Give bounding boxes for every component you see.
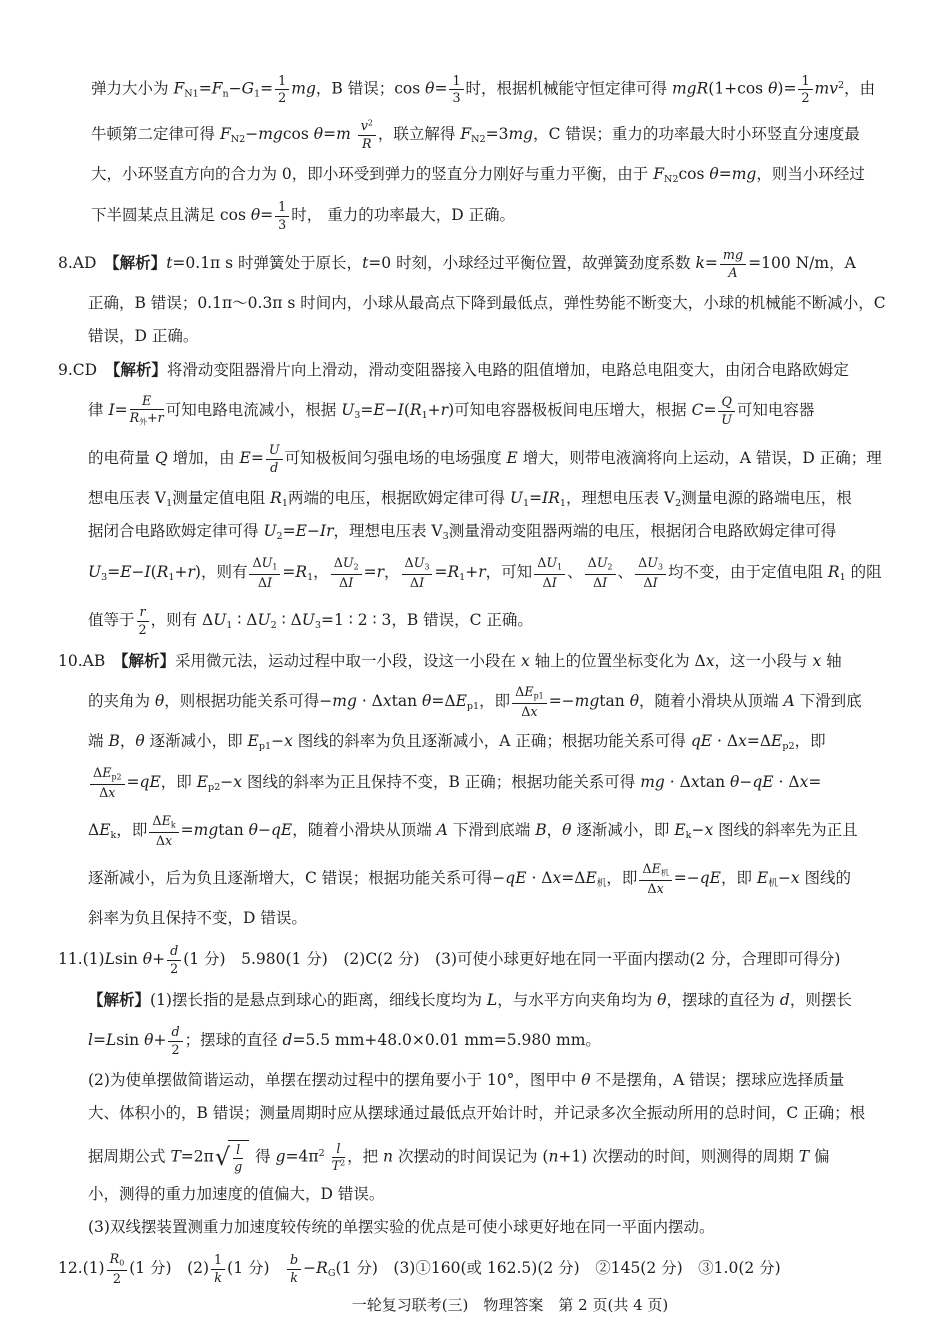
math-variable: k bbox=[696, 254, 705, 272]
math-variable: F bbox=[173, 79, 184, 97]
subscript: 1 bbox=[226, 620, 232, 631]
math-variable: U bbox=[647, 555, 658, 570]
subscript: 1 bbox=[254, 88, 260, 99]
fraction-numerator: Q bbox=[718, 395, 734, 411]
subscript: k bbox=[171, 821, 176, 830]
fraction-numerator: ΔE机 bbox=[639, 862, 671, 880]
fraction-denominator: Δx bbox=[639, 881, 671, 896]
math-variable: F bbox=[653, 165, 664, 183]
math-variable: U bbox=[262, 555, 273, 570]
subscript: 1 bbox=[557, 563, 562, 572]
math-variable: T bbox=[170, 1147, 180, 1165]
fraction: bk bbox=[287, 1253, 301, 1284]
fraction: ΔEp2Δx bbox=[90, 766, 125, 800]
math-variable: U bbox=[343, 555, 354, 570]
math-variable: θ bbox=[422, 692, 431, 710]
fraction-denominator: Δx bbox=[90, 785, 125, 800]
fraction-numerator: d bbox=[168, 1025, 182, 1041]
answer-line: 斜率为负且保持不变，D 错误。 bbox=[0, 902, 950, 935]
subscript: G bbox=[328, 1268, 336, 1279]
subscript: 机 bbox=[597, 878, 607, 889]
math-variable: Q bbox=[155, 449, 168, 467]
fraction: d2 bbox=[168, 1025, 182, 1056]
superscript: 2 bbox=[319, 1148, 325, 1159]
fraction-denominator: R外+r bbox=[130, 410, 164, 427]
math-variable: R bbox=[110, 1251, 120, 1266]
math-variable: mg bbox=[332, 692, 357, 710]
math-variable: b bbox=[290, 1252, 298, 1267]
math-variable: L bbox=[106, 1031, 116, 1049]
radicand: lg bbox=[228, 1140, 249, 1174]
math-variable: θ bbox=[144, 1031, 153, 1049]
math-variable: θ bbox=[730, 773, 739, 791]
fraction: QU bbox=[718, 395, 734, 426]
math-variable: x bbox=[812, 652, 821, 670]
subscript: 3 bbox=[354, 410, 360, 421]
answer-line: 【解析】(1)摆长指的是悬点到球心的距离，细线长度均为 L，与水平方向夹角均为 … bbox=[0, 983, 950, 1016]
fraction-denominator: T2 bbox=[332, 1158, 346, 1173]
subscript: N2 bbox=[664, 174, 679, 185]
fraction-numerator: ΔU2 bbox=[585, 556, 616, 574]
math-variable: E bbox=[240, 449, 251, 467]
math-variable: r bbox=[187, 563, 194, 581]
subscript: 机 bbox=[768, 878, 778, 889]
subscript: 1 bbox=[523, 498, 529, 509]
math-variable: E bbox=[162, 813, 171, 828]
math-variable: mg bbox=[732, 165, 757, 183]
math-variable: l bbox=[236, 1142, 240, 1157]
math-variable: U bbox=[269, 442, 280, 457]
math-variable: U bbox=[597, 555, 608, 570]
fraction-numerator: 1 bbox=[798, 74, 812, 90]
fraction: ΔU3ΔI bbox=[402, 556, 433, 590]
math-variable: t bbox=[166, 254, 172, 272]
subscript: 0 bbox=[119, 1259, 124, 1268]
subscript: 3 bbox=[443, 531, 449, 542]
subscript: N2 bbox=[471, 134, 486, 145]
math-variable: g bbox=[276, 1147, 286, 1165]
fraction-denominator: ΔI bbox=[534, 575, 565, 590]
math-variable: θ bbox=[562, 821, 571, 839]
subscript: 1 bbox=[422, 410, 428, 421]
fraction-numerator: U bbox=[266, 443, 283, 459]
subscript: p2 bbox=[111, 773, 121, 782]
math-variable: θ bbox=[314, 125, 323, 143]
fraction-numerator: mg bbox=[720, 248, 746, 264]
math-variable: E bbox=[248, 732, 259, 750]
fraction: ER外+r bbox=[130, 394, 164, 428]
math-variable: r bbox=[140, 604, 146, 619]
fraction-denominator: 2 bbox=[168, 1042, 182, 1057]
math-variable: E bbox=[771, 732, 782, 750]
math-variable: R bbox=[316, 1259, 328, 1277]
math-variable: E bbox=[456, 692, 467, 710]
math-variable: A bbox=[783, 692, 794, 710]
subscript: 外 bbox=[139, 418, 147, 427]
answer-line: 律 I=ER外+r可知电路电流减小，根据 U3=E−I(R1+r)可知电容器极板… bbox=[0, 386, 950, 434]
math-variable: x bbox=[521, 652, 530, 670]
math-variable: k bbox=[214, 1270, 222, 1285]
fraction-numerator: ΔU1 bbox=[249, 556, 280, 574]
fraction-denominator: U bbox=[718, 412, 734, 427]
math-variable: qE bbox=[691, 732, 712, 750]
math-variable: E bbox=[585, 869, 596, 887]
fraction-numerator: v2 bbox=[358, 119, 376, 135]
fraction-denominator: 3 bbox=[449, 90, 463, 105]
fraction: 12 bbox=[798, 74, 812, 105]
math-variable: I bbox=[145, 563, 151, 581]
math-variable: E bbox=[197, 773, 208, 791]
math-variable: R bbox=[295, 563, 307, 581]
math-variable: I bbox=[348, 575, 353, 590]
math-variable: mgR bbox=[672, 79, 708, 97]
subscript: 1 bbox=[560, 498, 566, 509]
math-variable: T bbox=[332, 1158, 340, 1173]
subscript: N2 bbox=[231, 134, 246, 145]
fraction-numerator: ΔU2 bbox=[331, 556, 362, 574]
math-variable: x bbox=[738, 732, 747, 750]
fraction-numerator: ΔU1 bbox=[534, 556, 565, 574]
math-variable: l bbox=[336, 1141, 340, 1156]
math-variable: R bbox=[270, 489, 282, 507]
fraction-denominator: d bbox=[266, 460, 283, 475]
math-variable: E bbox=[120, 563, 131, 581]
fraction-denominator: 2 bbox=[107, 1271, 128, 1286]
math-variable: mg bbox=[194, 821, 219, 839]
math-variable: U bbox=[721, 412, 732, 427]
answer-line: 8.AD 【解析】t=0.1π s 时弹簧处于原长，t=0 时刻，小球经过平衡位… bbox=[0, 239, 950, 287]
math-variable: r bbox=[478, 563, 485, 581]
math-variable: E bbox=[757, 869, 768, 887]
fraction-numerator: ΔU3 bbox=[635, 556, 666, 574]
bold-text: 【解析】 bbox=[112, 253, 166, 272]
fraction-numerator: ΔEp1 bbox=[512, 685, 547, 703]
fraction-numerator: r bbox=[137, 605, 149, 621]
answer-line: 想电压表 V1测量定值电阻 R1两端的电压，根据欧姆定律可得 U1=IR1，理想… bbox=[0, 482, 950, 515]
fraction-denominator: 3 bbox=[275, 217, 289, 232]
answer-lines: 弹力大小为 FN1=Fn−G1=12mg，B 错误；cos θ=13时，根据机械… bbox=[0, 62, 950, 1292]
math-variable: qE bbox=[505, 869, 526, 887]
math-variable: x bbox=[284, 732, 293, 750]
answer-line: (2)为使单摆做简谐运动，单摆在摆动过程中的摆角要小于 10°，图甲中 θ 不是… bbox=[0, 1064, 950, 1097]
math-variable: U bbox=[510, 489, 523, 507]
fraction: ΔEkΔx bbox=[149, 814, 178, 848]
fraction: R02 bbox=[107, 1252, 128, 1286]
subscript: p2 bbox=[208, 782, 220, 793]
fraction-numerator: d bbox=[167, 944, 181, 960]
answer-line: 错误，D 正确。 bbox=[0, 320, 950, 353]
math-variable: U bbox=[414, 555, 425, 570]
superscript: 2 bbox=[368, 119, 373, 128]
fraction: ΔU2ΔI bbox=[585, 556, 616, 590]
math-variable: Q bbox=[721, 394, 731, 409]
answer-line: 牛顿第二定律可得 FN2−mgcos θ=m v2R，联立解得 FN2=3mg，… bbox=[0, 110, 950, 158]
answer-line: 的夹角为 θ，则根据功能关系可得−mg · Δxtan θ=ΔEp1，即ΔEp1… bbox=[0, 677, 950, 725]
fraction-denominator: k bbox=[287, 1270, 301, 1285]
fraction-denominator: 2 bbox=[798, 90, 812, 105]
math-variable: d bbox=[270, 460, 278, 475]
math-variable: θ bbox=[425, 79, 434, 97]
fraction-denominator: Δx bbox=[149, 833, 178, 848]
answer-line: 下半圆某点且满足 cos θ=13时， 重力的功率最大，D 正确。 bbox=[0, 191, 950, 239]
subscript: p1 bbox=[259, 741, 271, 752]
math-variable: qE bbox=[752, 773, 773, 791]
square-root: √lg bbox=[215, 1140, 249, 1174]
math-variable: r bbox=[158, 410, 164, 425]
answer-line: 据闭合电路欧姆定律可得 U2=E−Ir，理想电压表 V3测量滑动变阻器两端的电压… bbox=[0, 515, 950, 548]
subscript: p1 bbox=[534, 692, 544, 701]
math-variable: θ bbox=[155, 692, 164, 710]
fraction: ΔU1ΔI bbox=[249, 556, 280, 590]
subscript: 3 bbox=[424, 563, 429, 572]
math-variable: t bbox=[362, 254, 368, 272]
math-variable: d bbox=[780, 991, 790, 1009]
subscript: 2 bbox=[608, 563, 613, 572]
fraction-numerator: 1 bbox=[275, 200, 289, 216]
math-variable: g bbox=[234, 1159, 242, 1174]
subscript: 1 bbox=[272, 563, 277, 572]
subscript: 3 bbox=[658, 563, 663, 572]
fraction-denominator: k bbox=[211, 1270, 225, 1285]
answer-line: 据周期公式 T=2π√lg 得 g=4π2 lT2，把 n 次摆动的时间误记为 … bbox=[0, 1130, 950, 1178]
fraction-denominator: A bbox=[720, 265, 746, 280]
math-variable: U bbox=[341, 401, 354, 419]
superscript: 2 bbox=[838, 80, 844, 91]
fraction-denominator: R bbox=[358, 136, 376, 151]
subscript: 3 bbox=[315, 620, 321, 631]
math-variable: F bbox=[460, 125, 471, 143]
answer-line: 正确，B 错误；0.1π～0.3π s 时间内，小球从最高点下降到最低点，弹性势… bbox=[0, 287, 950, 320]
math-variable: θ bbox=[143, 950, 152, 968]
math-variable: E bbox=[142, 393, 151, 408]
math-variable: n bbox=[383, 1147, 393, 1165]
math-variable: m bbox=[336, 125, 351, 143]
subscript: 2 bbox=[675, 498, 681, 509]
subscript: n bbox=[222, 88, 228, 99]
fraction-numerator: b bbox=[287, 1253, 301, 1269]
answer-line: U3=E−I(R1+r)，则有ΔU1ΔI=R1，ΔU2ΔI=r，ΔU3ΔI=R1… bbox=[0, 548, 950, 596]
fraction-denominator: 2 bbox=[275, 90, 289, 105]
fraction: 13 bbox=[449, 74, 463, 105]
fraction: Ud bbox=[266, 443, 283, 474]
fraction-numerator: l bbox=[233, 1143, 243, 1159]
math-variable: θ bbox=[768, 79, 777, 97]
math-variable: qE bbox=[271, 821, 292, 839]
fraction-numerator: 1 bbox=[211, 1253, 225, 1269]
fraction: ΔE机Δx bbox=[639, 862, 671, 896]
subscript: 3 bbox=[101, 572, 107, 583]
fraction-denominator: 2 bbox=[167, 961, 181, 976]
math-variable: I bbox=[602, 575, 607, 590]
math-variable: R bbox=[410, 401, 422, 419]
fraction: 12 bbox=[275, 74, 289, 105]
fraction-denominator: ΔI bbox=[585, 575, 616, 590]
math-variable: k bbox=[290, 1270, 298, 1285]
math-variable: n bbox=[548, 1147, 558, 1165]
fraction: mgA bbox=[720, 248, 746, 279]
math-variable: x bbox=[530, 704, 537, 719]
subscript: k bbox=[686, 830, 692, 841]
subscript: 2 bbox=[277, 531, 283, 542]
math-variable: E bbox=[524, 684, 533, 699]
math-variable: mg bbox=[291, 79, 316, 97]
fraction-denominator: g bbox=[233, 1159, 243, 1174]
math-variable: mg bbox=[258, 125, 283, 143]
math-variable: x bbox=[108, 785, 115, 800]
fraction: ΔU3ΔI bbox=[635, 556, 666, 590]
math-variable: θ bbox=[709, 165, 718, 183]
math-variable: Ir bbox=[320, 522, 334, 540]
bold-text: 【解析】 bbox=[113, 360, 167, 379]
answer-line: 值等于r2，则有 ΔU1 ∶ ΔU2 ∶ ΔU3=1 ∶ 2 ∶ 3，B 错误，… bbox=[0, 596, 950, 644]
answer-line: 弹力大小为 FN1=Fn−G1=12mg，B 错误；cos θ=13时，根据机械… bbox=[0, 62, 950, 110]
answer-line: 端 B，θ 逐渐减小，即 Ep1−x 图线的斜率为负且逐渐减小，A 正确；根据功… bbox=[0, 725, 950, 758]
fraction: 1k bbox=[211, 1253, 225, 1284]
answer-line: 小，测得的重力加速度的值偏大，D 错误。 bbox=[0, 1178, 950, 1211]
answer-line: ΔEk，即ΔEkΔx=mgtan θ−qE，随着小滑块从顶端 A 下滑到底端 B… bbox=[0, 806, 950, 854]
fraction: v2R bbox=[358, 119, 376, 150]
math-variable: qE bbox=[700, 869, 721, 887]
math-variable: l bbox=[88, 1031, 93, 1049]
subscript: 2 bbox=[271, 620, 277, 631]
math-variable: x bbox=[657, 881, 664, 896]
answer-line: ΔEp2Δx=qE，即 Ep2−x 图线的斜率为正且保持不变，B 正确；根据功能… bbox=[0, 758, 950, 806]
fraction-numerator: E bbox=[130, 394, 164, 410]
answer-line: 11.(1)Lsin θ+d2(1 分) 5.980(1 分) (2)C(2 分… bbox=[0, 935, 950, 983]
math-variable: x bbox=[791, 869, 800, 887]
fraction-numerator: 1 bbox=[449, 74, 463, 90]
page-footer: 一轮复习联考(三) 物理答案 第 2 页(共 4 页) bbox=[0, 1294, 950, 1316]
fraction-denominator: ΔI bbox=[635, 575, 666, 590]
fraction-numerator: R0 bbox=[107, 1252, 128, 1270]
fraction-denominator: Δx bbox=[512, 704, 547, 719]
math-variable: R bbox=[447, 563, 459, 581]
fraction-denominator: ΔI bbox=[402, 575, 433, 590]
math-variable: U bbox=[213, 611, 226, 629]
math-variable: I bbox=[419, 575, 424, 590]
math-variable: E bbox=[674, 821, 685, 839]
math-variable: U bbox=[263, 522, 276, 540]
fraction: ΔU1ΔI bbox=[534, 556, 565, 590]
answer-line: 的电荷量 Q 增加，由 E=Ud可知极板间匀强电场的电场强度 E 增大，则带电液… bbox=[0, 434, 950, 482]
math-variable: d bbox=[171, 1024, 179, 1039]
math-variable: U bbox=[258, 611, 271, 629]
math-variable: U bbox=[302, 611, 315, 629]
fraction-denominator: 2 bbox=[137, 622, 149, 637]
math-variable: C bbox=[692, 401, 704, 419]
fraction-numerator: ΔEk bbox=[149, 814, 178, 832]
math-variable: I bbox=[267, 575, 272, 590]
fraction-denominator: ΔI bbox=[331, 575, 362, 590]
math-variable: θ bbox=[135, 732, 144, 750]
math-variable: R bbox=[157, 563, 169, 581]
subscript: 1 bbox=[168, 572, 174, 583]
answer-line: 10.AB 【解析】采用微元法，运动过程中取一小段，设这一小段在 x 轴上的位置… bbox=[0, 644, 950, 677]
bold-text: 【解析】 bbox=[88, 990, 150, 1009]
math-variable: mv bbox=[815, 79, 838, 97]
math-variable: θ bbox=[249, 821, 258, 839]
answer-line: l=Lsin θ+d2；摆球的直径 d=5.5 mm+48.0×0.01 mm=… bbox=[0, 1016, 950, 1064]
math-variable: r bbox=[377, 563, 384, 581]
math-variable: E bbox=[507, 449, 518, 467]
math-variable: x bbox=[691, 773, 700, 791]
answer-sheet: 弹力大小为 FN1=Fn−G1=12mg，B 错误；cos θ=13时，根据机械… bbox=[0, 0, 950, 1316]
math-variable: d bbox=[170, 943, 178, 958]
math-variable: θ bbox=[251, 206, 260, 224]
math-variable: I bbox=[398, 401, 404, 419]
math-variable: x bbox=[553, 869, 562, 887]
math-variable: d bbox=[283, 1031, 293, 1049]
fraction: d2 bbox=[167, 944, 181, 975]
math-variable: E bbox=[99, 821, 110, 839]
fraction: lT2 bbox=[332, 1142, 346, 1173]
math-variable: θ bbox=[657, 991, 666, 1009]
fraction: 13 bbox=[275, 200, 289, 231]
math-variable: θ bbox=[630, 692, 639, 710]
math-variable: x bbox=[383, 692, 392, 710]
math-variable: x bbox=[233, 773, 242, 791]
answer-line: 12.(1)R02(1 分) (2)1k(1 分) bk−RG(1 分) (3)… bbox=[0, 1244, 950, 1292]
math-variable: mg bbox=[640, 773, 665, 791]
answer-line: (3)双线摆装置测重力加速度较传统的单摆实验的优点是可使小球更好地在同一平面内摆… bbox=[0, 1211, 950, 1244]
subscript: 1 bbox=[840, 572, 846, 583]
math-variable: U bbox=[88, 563, 101, 581]
math-variable: T bbox=[799, 1147, 809, 1165]
fraction: ΔEp1Δx bbox=[512, 685, 547, 719]
superscript: 2 bbox=[340, 1158, 345, 1167]
math-variable: mg bbox=[508, 125, 533, 143]
subscript: p2 bbox=[782, 741, 794, 752]
subscript: 1 bbox=[166, 498, 172, 509]
math-variable: r bbox=[441, 401, 448, 419]
math-variable: mg bbox=[723, 247, 743, 262]
fraction-numerator: 1 bbox=[275, 74, 289, 90]
answer-line: 大、体积小的，B 错误；测量周期时应从摆球通过最低点开始计时，并记录多次全振动所… bbox=[0, 1097, 950, 1130]
bold-text: 【解析】 bbox=[121, 651, 175, 670]
subscript: 1 bbox=[307, 572, 313, 583]
fraction-denominator: ΔI bbox=[249, 575, 280, 590]
math-variable: x bbox=[800, 773, 809, 791]
answer-line: 逐渐减小，后为负且逐渐增大，C 错误；根据功能关系可得−qE · Δx=ΔE机，… bbox=[0, 854, 950, 902]
math-variable: x bbox=[705, 821, 714, 839]
math-variable: qE bbox=[140, 773, 161, 791]
subscript: N1 bbox=[184, 88, 199, 99]
math-variable: E bbox=[373, 401, 384, 419]
math-variable: A bbox=[728, 265, 737, 280]
fraction: r2 bbox=[137, 605, 149, 636]
answer-line: 大，小环竖直方向的合力为 0，即小环受到弹力的竖直分力刚好与重力平衡，由于 FN… bbox=[0, 158, 950, 191]
math-variable: R bbox=[130, 410, 140, 425]
fraction: ΔU2ΔI bbox=[331, 556, 362, 590]
math-variable: E bbox=[296, 522, 307, 540]
math-variable: I bbox=[653, 575, 658, 590]
math-variable: x bbox=[165, 833, 172, 848]
fraction-numerator: l bbox=[332, 1142, 346, 1158]
math-variable: v bbox=[361, 118, 368, 133]
subscript: k bbox=[111, 830, 117, 841]
math-variable: L bbox=[105, 950, 115, 968]
subscript: p1 bbox=[467, 701, 479, 712]
math-variable: I bbox=[552, 575, 557, 590]
math-variable: I bbox=[108, 401, 114, 419]
math-variable: R bbox=[362, 136, 372, 151]
subscript: 机 bbox=[661, 869, 669, 878]
math-variable: θ bbox=[581, 1071, 590, 1089]
math-variable: E bbox=[652, 861, 661, 876]
subscript: 1 bbox=[282, 498, 288, 509]
math-variable: F bbox=[220, 125, 231, 143]
fraction-numerator: ΔEp2 bbox=[90, 766, 125, 784]
